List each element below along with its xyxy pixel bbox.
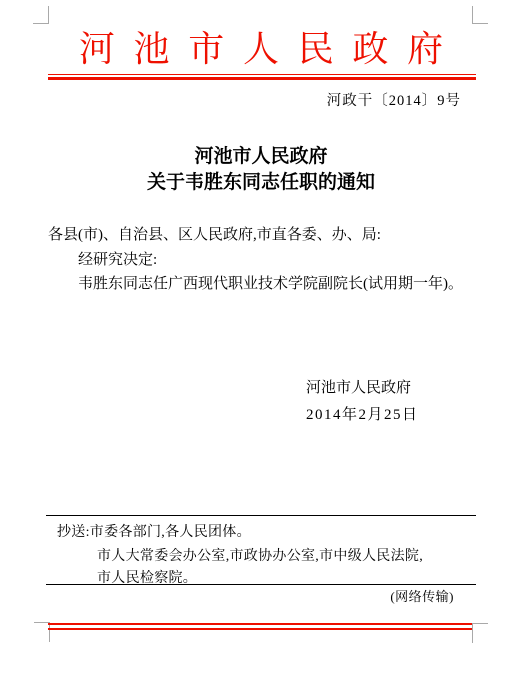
margin-mark-bottom-left-icon: [34, 622, 50, 642]
margin-mark-top-left-icon: [33, 6, 49, 24]
letterhead-rule-thick: [48, 77, 476, 80]
letterhead-rule-thin: [48, 74, 476, 76]
page-bottom-rule-2: [48, 628, 472, 630]
footer-divider-bottom: [46, 584, 476, 586]
document-title-line2: 关于韦胜东同志任职的通知: [0, 173, 522, 192]
document-title-line1: 河池市人民政府: [0, 147, 522, 166]
document-number: 河政干〔2014〕9号: [327, 94, 461, 109]
official-document-page: 河池市人民政府 河政干〔2014〕9号 河池市人民政府 关于韦胜东同志任职的通知…: [0, 0, 522, 688]
body-paragraph-1: 经研究决定:: [78, 253, 157, 268]
margin-mark-top-right-icon: [472, 6, 488, 24]
cc-line-1: 抄送:市委各部门,各人民团体。: [57, 526, 251, 540]
cc-line-2: 市人大常委会办公室,市政协办公室,市中级人民法院,: [97, 550, 423, 564]
salutation-line: 各县(市)、自治县、区人民政府,市直各委、办、局:: [48, 228, 381, 243]
signature-issuer: 河池市人民政府: [306, 381, 411, 396]
page-bottom-rule-1: [48, 623, 472, 625]
margin-mark-bottom-right-icon: [472, 623, 488, 643]
agency-letterhead-title: 河池市人民政府: [0, 31, 522, 67]
body-paragraph-2: 韦胜东同志任广西现代职业技术学院副院长(试用期一年)。: [78, 277, 463, 292]
footer-divider-top: [46, 515, 476, 517]
transmission-note: (网络传输): [390, 590, 454, 603]
signature-date: 2014年2月25日: [306, 408, 419, 423]
